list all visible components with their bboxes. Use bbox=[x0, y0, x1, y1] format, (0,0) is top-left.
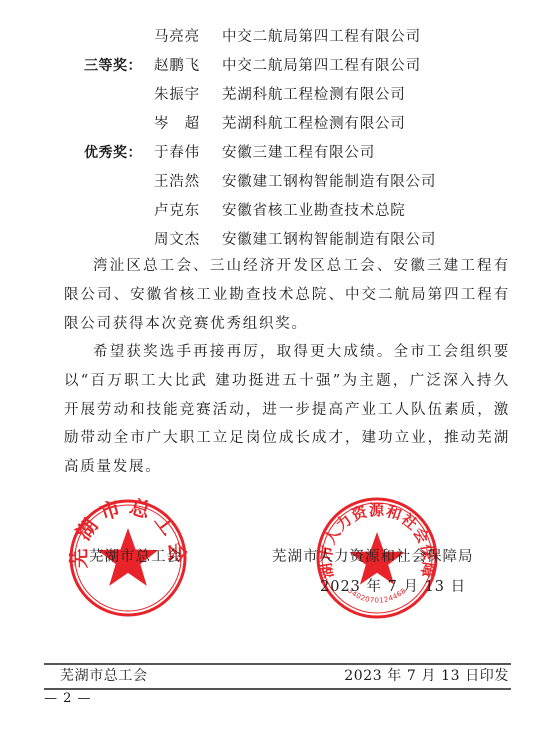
left-signature-org: 芜湖市总工会 bbox=[89, 547, 182, 567]
winner-name: 于春伟 bbox=[154, 143, 200, 163]
winner-name: 赵鹏飞 bbox=[154, 56, 200, 76]
footer-top-rule bbox=[44, 663, 511, 665]
winner-name: 岑 超 bbox=[154, 114, 200, 134]
excellence-prize-label: 优秀奖： bbox=[84, 143, 142, 163]
winner-organization: 中交二航局第四工程有限公司 bbox=[222, 27, 421, 47]
right-signature-org: 芜湖市人力资源和社会保障局 bbox=[272, 547, 474, 567]
winner-name: 朱振宇 bbox=[154, 85, 200, 105]
organization-award-paragraph: 湾沚区总工会、三山经济开发区总工会、安徽三建工程有限公司、安徽省核工业勘查技术总… bbox=[64, 252, 510, 338]
winner-organization: 中交二航局第四工程有限公司 bbox=[222, 56, 421, 76]
footer-issuer: 芜湖市总工会 bbox=[60, 666, 148, 686]
winner-organization: 芜湖科航工程检测有限公司 bbox=[222, 114, 406, 134]
winner-organization: 芜湖科航工程检测有限公司 bbox=[222, 85, 406, 105]
page-number: — 2 — bbox=[44, 691, 92, 707]
winner-organization: 安徽省核工业勘查技术总院 bbox=[222, 201, 406, 221]
footer-issue-date: 2023 年 7 月 13 日印发 bbox=[344, 666, 509, 686]
footer-bottom-rule bbox=[44, 688, 511, 690]
winner-organization: 安徽建工钢构智能制造有限公司 bbox=[222, 172, 436, 192]
winner-organization: 安徽建工钢构智能制造有限公司 bbox=[222, 230, 436, 250]
winner-name: 周文杰 bbox=[154, 230, 200, 250]
third-prize-label: 三等奖： bbox=[84, 56, 142, 76]
signature-date: 2023 年 7 月 13 日 bbox=[320, 577, 466, 597]
closing-paragraph: 希望获奖选手再接再厉，取得更大成绩。全市工会组织要以“百万职工大比武 建功挺进五… bbox=[64, 338, 510, 482]
winner-name: 卢克东 bbox=[154, 201, 200, 221]
winner-name: 王浩然 bbox=[154, 172, 200, 192]
winner-name: 马亮亮 bbox=[154, 27, 200, 47]
winner-organization: 安徽三建工程有限公司 bbox=[222, 143, 375, 163]
